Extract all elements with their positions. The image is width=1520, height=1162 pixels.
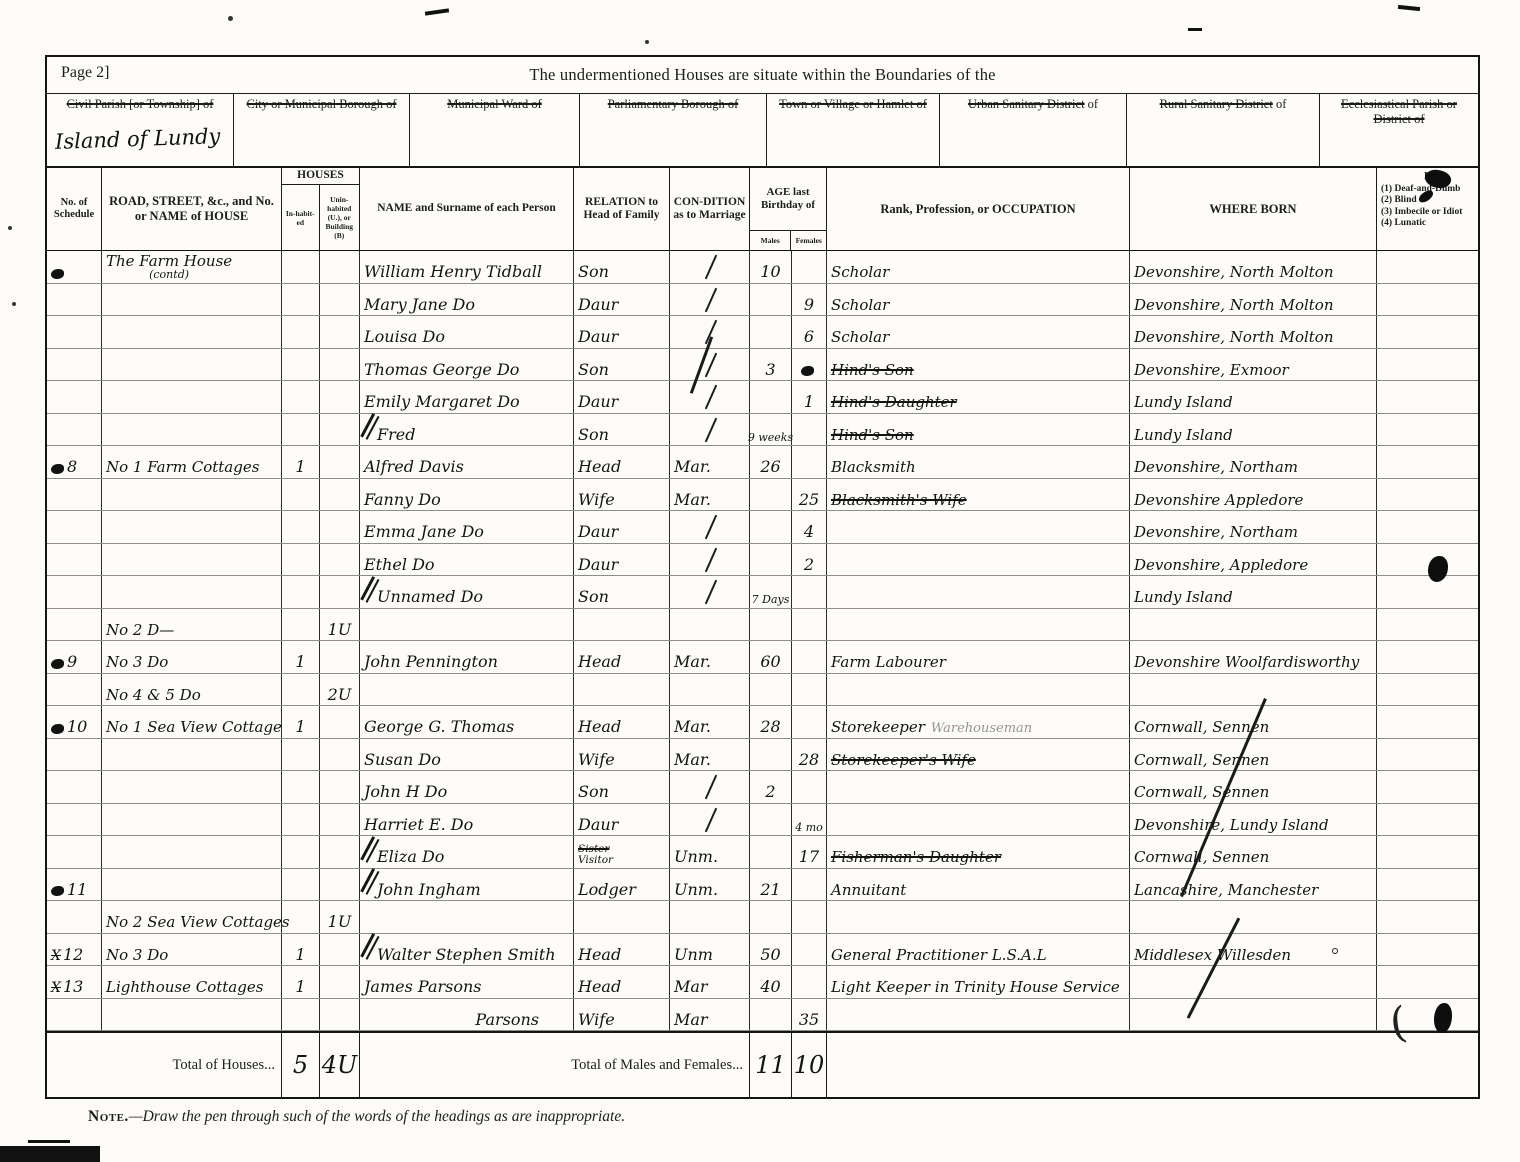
schedule-cell	[47, 739, 102, 771]
col-occupation: Rank, Profession, or OCCUPATION	[827, 168, 1130, 250]
occupation-cell	[827, 576, 1130, 608]
pen-slash-mark	[704, 515, 716, 540]
age-male-cell	[750, 479, 792, 511]
table-row: 10No 1 Sea View Cottage1George G. Thomas…	[47, 706, 1478, 739]
house-name: Lighthouse Cottages	[106, 980, 263, 996]
schedule-cell	[47, 251, 102, 283]
footer-note-prefix: Note.	[88, 1108, 129, 1125]
birthplace-cell	[1130, 609, 1377, 641]
occupation-value: Blacksmith's Wife	[831, 493, 967, 509]
birthplace-value: Devonshire Appledore	[1134, 493, 1303, 509]
birthplace-value: Cornwall, Sennen	[1134, 850, 1269, 866]
house-name: The Farm House(contd)	[106, 254, 232, 281]
name-cell: Emma Jane Do	[360, 511, 574, 543]
occupation-value: Hind's Son	[831, 363, 914, 379]
house-name-cell	[102, 414, 282, 446]
age-female-value: 9	[804, 297, 814, 314]
age-female-value: 35	[799, 1012, 819, 1029]
col-age-group: AGE last Birthday of Males Females	[750, 168, 827, 250]
table-row: 11John InghamLodgerUnm.21AnnuitantLancas…	[47, 869, 1478, 902]
birthplace-cell: Lancashire, Manchester	[1130, 869, 1377, 901]
municipal-borough-label: City or Municipal Borough of	[247, 97, 397, 111]
person-name: Thomas George Do	[364, 362, 519, 379]
table-row: X13Lighthouse Cottages1James ParsonsHead…	[47, 966, 1478, 999]
page-number-label: Page 2]	[61, 64, 109, 82]
total-males-cell: 11	[750, 1033, 792, 1097]
urban-sanitary-tail: of	[1085, 97, 1099, 111]
age-male-cell: 21	[750, 869, 792, 901]
relation-line2: Visitor	[578, 855, 613, 866]
relation-value: Head	[578, 459, 621, 476]
occupation-value: Blacksmith	[831, 460, 916, 476]
table-row: 9No 3 Do1John PenningtonHeadMar.60Farm L…	[47, 641, 1478, 674]
condition-cell: Mar.	[670, 446, 750, 478]
birthplace-value: Lancashire, Manchester	[1134, 883, 1318, 899]
occupation-value: Scholar	[831, 330, 889, 346]
person-name: Eliza Do	[377, 849, 444, 866]
relation-value: Son	[578, 427, 609, 444]
infirmity-cell	[1377, 479, 1478, 511]
birthplace-value: Devonshire, Northam	[1134, 525, 1298, 541]
relation-value: Wife	[578, 1012, 615, 1029]
total-persons-label-cell: Total of Males and Females...	[360, 1033, 750, 1097]
age-female-cell	[792, 251, 827, 283]
house-name: No 3 Do	[106, 948, 168, 964]
uninhabited-cell	[320, 511, 360, 543]
person-name: Ethel Do	[364, 557, 435, 574]
age-female-cell: 9	[792, 284, 827, 316]
table-row: FredSon9 weeksHind's SonLundy Island	[47, 414, 1478, 447]
schedule-cell	[47, 771, 102, 803]
occupation-pencil-note: Warehouseman	[931, 722, 1032, 736]
schedule-cell	[47, 804, 102, 836]
name-cell: Emily Margaret Do	[360, 381, 574, 413]
name-cell: Mary Jane Do	[360, 284, 574, 316]
schedule-cell: 8	[47, 446, 102, 478]
ink-blot	[51, 659, 64, 669]
house-name-cell: No 3 Do	[102, 641, 282, 673]
house-name-line2: (contd)	[106, 269, 232, 281]
relation-cell: Son	[574, 251, 670, 283]
age-male-cell	[750, 739, 792, 771]
age-female-cell: 25	[792, 479, 827, 511]
person-name: Susan Do	[364, 752, 441, 769]
occupation-value: Annuitant	[831, 883, 906, 899]
age-female-cell	[792, 706, 827, 738]
occupation-value: Hind's Son	[831, 428, 914, 444]
house-name-cell	[102, 999, 282, 1031]
inhabited-count: 1	[295, 979, 305, 996]
uninhabited-cell	[320, 641, 360, 673]
schedule-number: 8	[67, 459, 77, 476]
uninhabited-cell	[320, 771, 360, 803]
inhabited-cell	[282, 284, 320, 316]
condition-cell	[670, 771, 750, 803]
pen-slash-mark	[704, 385, 716, 410]
birthplace-cell: Devonshire, Northam	[1130, 446, 1377, 478]
total-houses-uninhabited-cell: 4U	[320, 1033, 360, 1097]
house-name-line: No 4 & 5 Do	[106, 688, 201, 704]
age-male-cell: 28	[750, 706, 792, 738]
condition-cell	[670, 511, 750, 543]
age-male-cell	[750, 381, 792, 413]
house-name-line: Lighthouse Cottages	[106, 980, 263, 996]
age-female-cell: 17	[792, 836, 827, 868]
table-row: Ethel DoDaur2Devonshire, Appledore	[47, 544, 1478, 577]
person-name: Fanny Do	[364, 492, 441, 509]
pen-mark: X	[51, 981, 61, 996]
col-schedule: No. of Schedule	[47, 168, 102, 250]
house-name-line: No 1 Farm Cottages	[106, 460, 259, 476]
birthplace-value: Lundy Island	[1134, 395, 1233, 411]
person-name: Harriet E. Do	[364, 817, 473, 834]
relation-cell: Son	[574, 349, 670, 381]
age-male-value: 26	[760, 459, 780, 476]
uninhabited-cell	[320, 479, 360, 511]
occupation-value: Scholar	[831, 265, 889, 281]
total-females: 10	[794, 1053, 825, 1078]
condition-cell	[670, 576, 750, 608]
house-name: No 3 Do	[106, 655, 168, 671]
infirmity-cell	[1377, 609, 1478, 641]
house-name-cell: The Farm House(contd)	[102, 251, 282, 283]
schedule-cell: 11	[47, 869, 102, 901]
occupation-value: Storekeeper	[831, 720, 925, 736]
table-row: 8No 1 Farm Cottages1Alfred DavisHeadMar.…	[47, 446, 1478, 479]
age-female-value: 4	[804, 524, 814, 541]
occupation-cell	[827, 804, 1130, 836]
footer-note-text: —Draw the pen through such of the words …	[129, 1108, 625, 1125]
uninhabited-cell	[320, 934, 360, 966]
scan-speck	[28, 1140, 70, 1143]
infirmity-cell	[1377, 966, 1478, 998]
inhabited-count: 1	[295, 459, 305, 476]
person-name: George G. Thomas	[364, 719, 514, 736]
civil-parish-value: Island of Lundy	[55, 123, 221, 155]
inhabited-cell: 1	[282, 966, 320, 998]
house-name: No 4 & 5 Do	[106, 688, 201, 704]
person-name: Mary Jane Do	[364, 297, 475, 314]
birthplace-cell: Lundy Island	[1130, 381, 1377, 413]
inhabited-cell	[282, 349, 320, 381]
relation-cell: Daur	[574, 284, 670, 316]
census-page-scan: Page 2] The undermentioned Houses are si…	[0, 0, 1520, 1162]
uninhabited-cell	[320, 576, 360, 608]
age-female-value: 25	[799, 492, 819, 509]
birthplace-value: Devonshire, Lundy Island	[1134, 818, 1329, 834]
occupation-cell: Farm Labourer	[827, 641, 1130, 673]
age-male-cell: 60	[750, 641, 792, 673]
age-male-cell	[750, 511, 792, 543]
condition-cell	[670, 804, 750, 836]
infirmity-cell	[1377, 576, 1478, 608]
house-name-line: No 3 Do	[106, 655, 168, 671]
scan-speck	[425, 8, 449, 15]
schedule-cell	[47, 674, 102, 706]
col-uninhabited: Unin-habited (U.), or Building (B)	[320, 185, 359, 251]
relation-cell: Lodger	[574, 869, 670, 901]
occupation-value: Storekeeper's Wife	[831, 753, 976, 769]
table-row: Susan DoWifeMar.28Storekeeper's WifeCorn…	[47, 739, 1478, 772]
age-female-cell	[792, 869, 827, 901]
age-male-cell	[750, 316, 792, 348]
inhabited-cell	[282, 869, 320, 901]
name-cell: Fanny Do	[360, 479, 574, 511]
age-male-cell	[750, 284, 792, 316]
person-name: Parsons	[475, 1012, 539, 1029]
relation-value: Daur	[578, 817, 618, 834]
age-female-cell	[792, 641, 827, 673]
person-name: Walter Stephen Smith	[377, 947, 556, 964]
condition-cell: Mar.	[670, 479, 750, 511]
birthplace-cell: Devonshire, Lundy Island	[1130, 804, 1377, 836]
condition-value: Mar	[674, 979, 708, 996]
house-name: No 2 D—	[106, 623, 174, 639]
age-male-cell	[750, 901, 792, 933]
municipal-ward-box: Municipal Ward of	[410, 94, 580, 166]
ecclesiastical-parish-label: Ecclesiastical Parish or District of	[1341, 97, 1457, 127]
house-name-cell: No 2 Sea View Cottages	[102, 901, 282, 933]
relation-cell: Son	[574, 576, 670, 608]
name-cell: William Henry Tidball	[360, 251, 574, 283]
relation-value: Son	[578, 264, 609, 281]
schedule-number: 9	[67, 654, 77, 671]
relation-cell: Head	[574, 934, 670, 966]
house-name-cell: No 4 & 5 Do	[102, 674, 282, 706]
schedule-cell	[47, 576, 102, 608]
condition-value: Unm	[674, 947, 713, 964]
schedule-cell: X12	[47, 934, 102, 966]
condition-value: Mar.	[674, 719, 711, 736]
occupation-cell: Scholar	[827, 316, 1130, 348]
name-cell: Susan Do	[360, 739, 574, 771]
parliamentary-borough-box: Parliamentary Borough of	[580, 94, 767, 166]
house-name-cell: No 3 Do	[102, 934, 282, 966]
col-infirmity-4: (4) Lunatic	[1381, 218, 1426, 229]
occupation-cell: Blacksmith	[827, 446, 1130, 478]
relation-cell	[574, 674, 670, 706]
name-cell: John H Do	[360, 771, 574, 803]
relation-value: Son	[578, 784, 609, 801]
condition-value: Mar.	[674, 654, 711, 671]
pen-slash-mark	[704, 775, 716, 800]
relation-cell: Daur	[574, 381, 670, 413]
age-male-cell	[750, 999, 792, 1031]
condition-cell: Mar	[670, 999, 750, 1031]
condition-cell	[670, 349, 750, 381]
age-female-cell	[792, 609, 827, 641]
age-male-cell: 26	[750, 446, 792, 478]
relation-value: Wife	[578, 492, 615, 509]
table-row: Unnamed DoSon7 DaysLundy Island	[47, 576, 1478, 609]
scan-speck	[228, 16, 233, 21]
house-name-cell	[102, 511, 282, 543]
house-name-line: The Farm House	[106, 254, 232, 270]
birthplace-value: Devonshire, Exmoor	[1134, 363, 1289, 379]
relation-value: Head	[578, 719, 621, 736]
census-table-frame: Page 2] The undermentioned Houses are si…	[45, 55, 1480, 1099]
col-infirmity-2: (2) Blind	[1381, 195, 1417, 206]
occupation-value: General Practitioner L.S.A.L	[831, 948, 1047, 964]
age-male-cell: 40	[750, 966, 792, 998]
pen-slash-mark	[704, 548, 716, 573]
table-row: Eliza DoSisterVisitorUnm.17Fisherman's D…	[47, 836, 1478, 869]
house-name-cell	[102, 284, 282, 316]
schedule-cell: 10	[47, 706, 102, 738]
birthplace-cell	[1130, 999, 1377, 1031]
birthplace-cell: Devonshire, North Molton	[1130, 316, 1377, 348]
age-male-value: 10	[760, 264, 780, 281]
birthplace-cell	[1130, 901, 1377, 933]
uninhabited-count: 1U	[328, 622, 352, 639]
birthplace-cell: Devonshire, North Molton	[1130, 251, 1377, 283]
birthplace-cell: Devonshire, North Molton	[1130, 284, 1377, 316]
person-name: Fred	[377, 427, 415, 444]
infirmity-cell	[1377, 771, 1478, 803]
age-male-value: 2	[765, 784, 775, 801]
table-row: John H DoSon2Cornwall, Sennen	[47, 771, 1478, 804]
uninhabited-cell	[320, 869, 360, 901]
condition-cell	[670, 381, 750, 413]
condition-cell	[670, 251, 750, 283]
uninhabited-count: 2U	[328, 687, 352, 704]
inhabited-cell	[282, 381, 320, 413]
column-header-row: No. of Schedule ROAD, STREET, &c., and N…	[47, 168, 1478, 251]
infirmity-cell	[1377, 901, 1478, 933]
inhabited-cell	[282, 544, 320, 576]
condition-cell: Mar.	[670, 739, 750, 771]
house-name-cell: No 1 Farm Cottages	[102, 446, 282, 478]
page-title: The undermentioned Houses are situate wi…	[47, 65, 1478, 85]
relation-value: Head	[578, 947, 621, 964]
schedule-number: 12	[63, 947, 83, 964]
occupation-value: Hind's Daughter	[831, 395, 957, 411]
inhabited-cell	[282, 251, 320, 283]
totals-row: Total of Houses... 5 4U Total of Males a…	[47, 1031, 1478, 1097]
age-female-cell	[792, 934, 827, 966]
schedule-cell	[47, 609, 102, 641]
pen-slash-mark	[704, 353, 716, 378]
rural-sanitary-label: Rural Sanitary District	[1160, 97, 1273, 111]
condition-value: Unm.	[674, 849, 718, 866]
relation-cell: Wife	[574, 479, 670, 511]
name-cell: John Pennington	[360, 641, 574, 673]
uninhabited-cell	[320, 414, 360, 446]
person-name: Emily Margaret Do	[364, 394, 520, 411]
birthplace-value: Devonshire, North Molton	[1134, 298, 1334, 314]
inhabited-count: 1	[295, 719, 305, 736]
uninhabited-cell: 1U	[320, 901, 360, 933]
relation-cell: Son	[574, 771, 670, 803]
birthplace-cell: Devonshire Woolfardisworthy	[1130, 641, 1377, 673]
age-male-value: 21	[760, 882, 780, 899]
name-cell: Alfred Davis	[360, 446, 574, 478]
inhabited-cell	[282, 836, 320, 868]
inhabited-cell	[282, 414, 320, 446]
pen-mark	[1332, 948, 1338, 954]
age-female-cell: 6	[792, 316, 827, 348]
uninhabited-cell: 2U	[320, 674, 360, 706]
condition-cell	[670, 414, 750, 446]
pen-slash-mark	[704, 288, 716, 313]
age-male-cell	[750, 544, 792, 576]
age-male-cell	[750, 674, 792, 706]
birthplace-value: Lundy Island	[1134, 428, 1233, 444]
urban-sanitary-box: Urban Sanitary District of	[940, 94, 1127, 166]
infirmity-cell	[1377, 706, 1478, 738]
age-male-value: 40	[760, 979, 780, 996]
col-houses: HOUSES	[282, 168, 359, 185]
age-female-cell	[792, 414, 827, 446]
age-male-value: 9 weeks	[748, 432, 793, 444]
schedule-cell	[47, 901, 102, 933]
relation-value: Lodger	[578, 882, 636, 899]
table-row: No 2 Sea View Cottages1U	[47, 901, 1478, 934]
house-name-cell	[102, 381, 282, 413]
infirmity-cell	[1377, 414, 1478, 446]
person-name: Louisa Do	[364, 329, 445, 346]
house-name-cell: No 2 D—	[102, 609, 282, 641]
condition-cell: Mar	[670, 966, 750, 998]
age-male-value: 28	[760, 719, 780, 736]
uninhabited-cell	[320, 999, 360, 1031]
relation-value: Daur	[578, 524, 618, 541]
age-female-cell	[792, 674, 827, 706]
infirmity-cell	[1377, 284, 1478, 316]
name-cell: Parsons	[360, 999, 574, 1031]
occupation-cell: Storekeeper's Wife	[827, 739, 1130, 771]
house-name-cell: No 1 Sea View Cottage	[102, 706, 282, 738]
age-female-cell	[792, 446, 827, 478]
age-female-cell	[792, 349, 827, 381]
relation-value: Wife	[578, 752, 615, 769]
schedule-cell	[47, 999, 102, 1031]
parliamentary-borough-label: Parliamentary Borough of	[608, 97, 739, 111]
infirmity-cell	[1377, 836, 1478, 868]
age-female-cell: 2	[792, 544, 827, 576]
uninhabited-cell	[320, 836, 360, 868]
condition-cell: Mar.	[670, 706, 750, 738]
occupation-value: Farm Labourer	[831, 655, 946, 671]
inhabited-cell	[282, 771, 320, 803]
condition-value: Unm.	[674, 882, 718, 899]
relation-cell: Head	[574, 966, 670, 998]
scan-edge-bar	[0, 1146, 100, 1162]
table-row: Emily Margaret DoDaur1Hind's DaughterLun…	[47, 381, 1478, 414]
uninhabited-cell: 1U	[320, 609, 360, 641]
birthplace-cell: Lundy Island	[1130, 414, 1377, 446]
occupation-cell	[827, 901, 1130, 933]
urban-sanitary-label: Urban Sanitary District	[968, 97, 1085, 111]
total-females-cell: 10	[792, 1033, 827, 1097]
uninhabited-cell	[320, 446, 360, 478]
infirmity-cell	[1377, 641, 1478, 673]
birthplace-cell: Middlesex Willesden	[1130, 934, 1377, 966]
schedule-cell	[47, 414, 102, 446]
col-relation: RELATION to Head of Family	[574, 168, 670, 250]
house-name-cell: Lighthouse Cottages	[102, 966, 282, 998]
relation-value: SisterVisitor	[578, 844, 613, 866]
uninhabited-cell	[320, 739, 360, 771]
birthplace-value: Devonshire, North Molton	[1134, 265, 1334, 281]
scan-speck	[1398, 5, 1420, 11]
col-males: Males	[750, 231, 791, 250]
age-male-cell: 50	[750, 934, 792, 966]
occupation-value: Fisherman's Daughter	[831, 850, 1001, 866]
col-houses-group: HOUSES In-habit-ed Unin-habited (U.), or…	[282, 168, 360, 250]
occupation-cell: Hind's Son	[827, 414, 1130, 446]
age-male-value: 60	[760, 654, 780, 671]
